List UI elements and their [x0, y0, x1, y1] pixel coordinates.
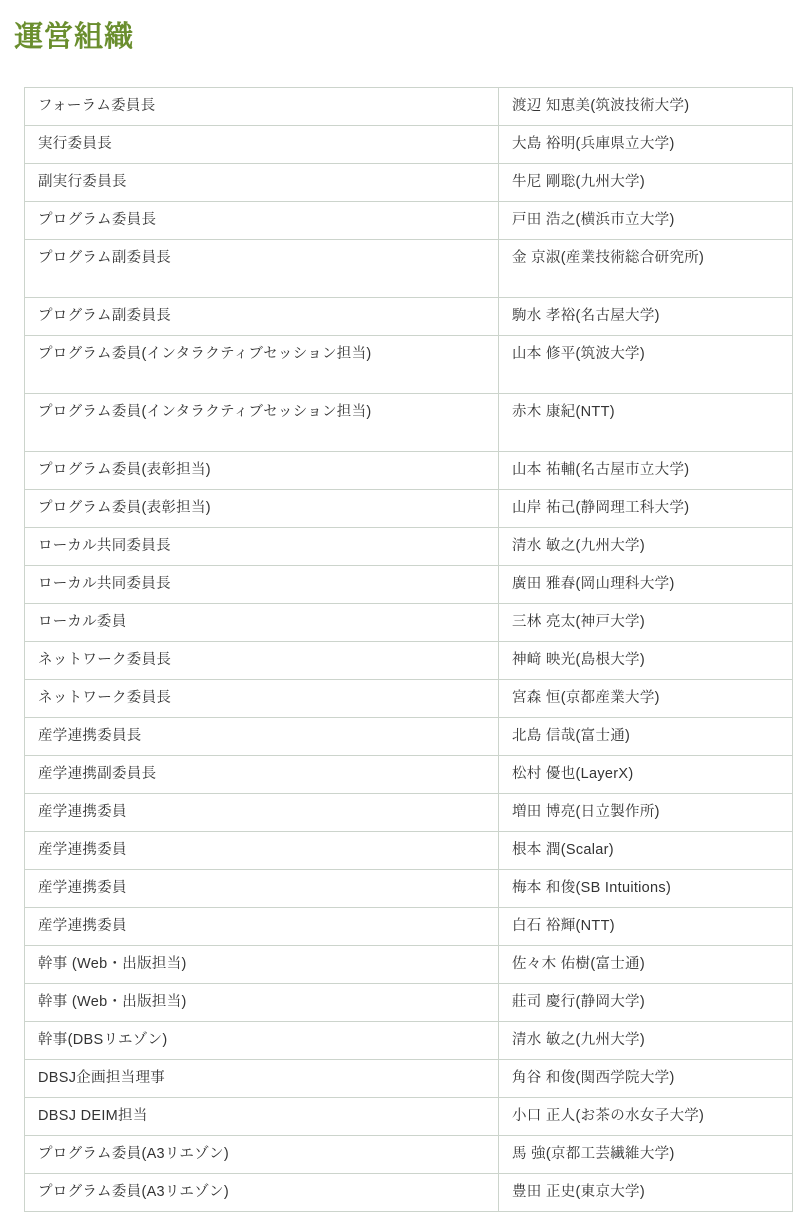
member-cell: 渡辺 知恵美(筑波技術大学) — [499, 88, 793, 126]
table-row: フォーラム委員長渡辺 知恵美(筑波技術大学) — [25, 88, 793, 126]
table-row: 産学連携委員長北島 信哉(富士通) — [25, 718, 793, 756]
table-row: 副実行委員長牛尼 剛聡(九州大学) — [25, 164, 793, 202]
member-cell: 清水 敏之(九州大学) — [499, 1022, 793, 1060]
role-cell: プログラム委員(インタラクティブセッション担当) — [25, 336, 499, 394]
org-table-body: フォーラム委員長渡辺 知恵美(筑波技術大学)実行委員長大島 裕明(兵庫県立大学)… — [25, 88, 793, 1212]
role-cell: プログラム副委員長 — [25, 240, 499, 298]
member-cell: 牛尼 剛聡(九州大学) — [499, 164, 793, 202]
role-cell: プログラム委員(表彰担当) — [25, 452, 499, 490]
member-cell: 馬 強(京都工芸繊維大学) — [499, 1136, 793, 1174]
role-cell: プログラム委員長 — [25, 202, 499, 240]
member-cell: 宮森 恒(京都産業大学) — [499, 680, 793, 718]
member-cell: 清水 敏之(九州大学) — [499, 528, 793, 566]
table-row: 幹事 (Web・出版担当)莊司 慶行(静岡大学) — [25, 984, 793, 1022]
member-cell: 廣田 雅春(岡山理科大学) — [499, 566, 793, 604]
member-cell: 山岸 祐己(静岡理工科大学) — [499, 490, 793, 528]
role-cell: 実行委員長 — [25, 126, 499, 164]
role-cell: プログラム委員(A3リエゾン) — [25, 1174, 499, 1212]
table-row: ネットワーク委員長神﨑 映光(島根大学) — [25, 642, 793, 680]
role-cell: 産学連携委員 — [25, 908, 499, 946]
role-cell: 副実行委員長 — [25, 164, 499, 202]
member-cell: 豊田 正史(東京大学) — [499, 1174, 793, 1212]
member-cell: 三林 亮太(神戸大学) — [499, 604, 793, 642]
table-row: 実行委員長大島 裕明(兵庫県立大学) — [25, 126, 793, 164]
member-cell: 角谷 和俊(関西学院大学) — [499, 1060, 793, 1098]
table-row: ローカル委員三林 亮太(神戸大学) — [25, 604, 793, 642]
member-cell: 小口 正人(お茶の水女子大学) — [499, 1098, 793, 1136]
role-cell: 産学連携委員長 — [25, 718, 499, 756]
table-row: 産学連携副委員長松村 優也(LayerX) — [25, 756, 793, 794]
member-cell: 根本 潤(Scalar) — [499, 832, 793, 870]
member-cell: 山本 修平(筑波大学) — [499, 336, 793, 394]
table-row: ネットワーク委員長宮森 恒(京都産業大学) — [25, 680, 793, 718]
role-cell: 産学連携副委員長 — [25, 756, 499, 794]
table-row: プログラム委員(A3リエゾン)豊田 正史(東京大学) — [25, 1174, 793, 1212]
organization-table: フォーラム委員長渡辺 知恵美(筑波技術大学)実行委員長大島 裕明(兵庫県立大学)… — [24, 87, 793, 1212]
role-cell: ローカル委員 — [25, 604, 499, 642]
member-cell: 駒水 孝裕(名古屋大学) — [499, 298, 793, 336]
role-cell: 産学連携委員 — [25, 794, 499, 832]
role-cell: ネットワーク委員長 — [25, 680, 499, 718]
table-row: プログラム委員(インタラクティブセッション担当)赤木 康紀(NTT) — [25, 394, 793, 452]
page-title: 運営組織 — [14, 14, 795, 55]
member-cell: 戸田 浩之(横浜市立大学) — [499, 202, 793, 240]
member-cell: 山本 祐輔(名古屋市立大学) — [499, 452, 793, 490]
member-cell: 佐々木 佑樹(富士通) — [499, 946, 793, 984]
role-cell: プログラム委員(A3リエゾン) — [25, 1136, 499, 1174]
table-row: 産学連携委員根本 潤(Scalar) — [25, 832, 793, 870]
page: 運営組織 フォーラム委員長渡辺 知恵美(筑波技術大学)実行委員長大島 裕明(兵庫… — [0, 0, 809, 1222]
role-cell: DBSJ DEIM担当 — [25, 1098, 499, 1136]
role-cell: ローカル共同委員長 — [25, 566, 499, 604]
table-row: プログラム副委員長金 京淑(産業技術総合研究所) — [25, 240, 793, 298]
table-row: プログラム委員長戸田 浩之(横浜市立大学) — [25, 202, 793, 240]
role-cell: プログラム副委員長 — [25, 298, 499, 336]
member-cell: 梅本 和俊(SB Intuitions) — [499, 870, 793, 908]
table-row: ローカル共同委員長清水 敏之(九州大学) — [25, 528, 793, 566]
table-row: 産学連携委員白石 裕輝(NTT) — [25, 908, 793, 946]
table-row: プログラム委員(A3リエゾン)馬 強(京都工芸繊維大学) — [25, 1136, 793, 1174]
member-cell: 神﨑 映光(島根大学) — [499, 642, 793, 680]
table-row: プログラム副委員長駒水 孝裕(名古屋大学) — [25, 298, 793, 336]
member-cell: 大島 裕明(兵庫県立大学) — [499, 126, 793, 164]
role-cell: プログラム委員(インタラクティブセッション担当) — [25, 394, 499, 452]
table-row: DBSJ DEIM担当小口 正人(お茶の水女子大学) — [25, 1098, 793, 1136]
role-cell: プログラム委員(表彰担当) — [25, 490, 499, 528]
table-row: プログラム委員(インタラクティブセッション担当)山本 修平(筑波大学) — [25, 336, 793, 394]
table-row: プログラム委員(表彰担当)山本 祐輔(名古屋市立大学) — [25, 452, 793, 490]
member-cell: 松村 優也(LayerX) — [499, 756, 793, 794]
role-cell: ネットワーク委員長 — [25, 642, 499, 680]
member-cell: 増田 博亮(日立製作所) — [499, 794, 793, 832]
table-row: 産学連携委員梅本 和俊(SB Intuitions) — [25, 870, 793, 908]
member-cell: 赤木 康紀(NTT) — [499, 394, 793, 452]
role-cell: 産学連携委員 — [25, 832, 499, 870]
member-cell: 白石 裕輝(NTT) — [499, 908, 793, 946]
table-row: DBSJ企画担当理事角谷 和俊(関西学院大学) — [25, 1060, 793, 1098]
role-cell: フォーラム委員長 — [25, 88, 499, 126]
role-cell: DBSJ企画担当理事 — [25, 1060, 499, 1098]
table-row: ローカル共同委員長廣田 雅春(岡山理科大学) — [25, 566, 793, 604]
role-cell: 幹事 (Web・出版担当) — [25, 946, 499, 984]
member-cell: 北島 信哉(富士通) — [499, 718, 793, 756]
role-cell: 産学連携委員 — [25, 870, 499, 908]
role-cell: 幹事 (Web・出版担当) — [25, 984, 499, 1022]
role-cell: ローカル共同委員長 — [25, 528, 499, 566]
table-row: プログラム委員(表彰担当)山岸 祐己(静岡理工科大学) — [25, 490, 793, 528]
table-row: 産学連携委員増田 博亮(日立製作所) — [25, 794, 793, 832]
table-row: 幹事(DBSリエゾン)清水 敏之(九州大学) — [25, 1022, 793, 1060]
member-cell: 金 京淑(産業技術総合研究所) — [499, 240, 793, 298]
role-cell: 幹事(DBSリエゾン) — [25, 1022, 499, 1060]
table-row: 幹事 (Web・出版担当)佐々木 佑樹(富士通) — [25, 946, 793, 984]
member-cell: 莊司 慶行(静岡大学) — [499, 984, 793, 1022]
